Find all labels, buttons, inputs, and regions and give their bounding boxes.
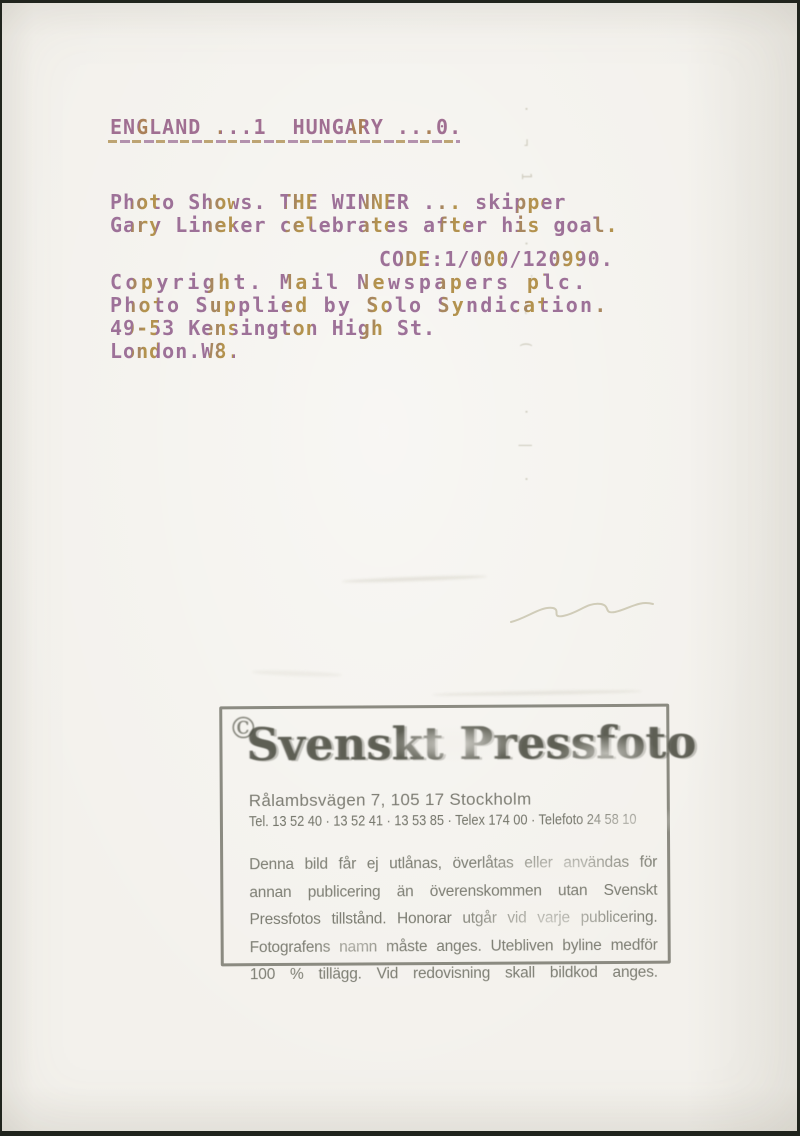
- terms-line-1: Denna bild får ej utlånas, överlåtas ell…: [249, 849, 657, 879]
- agency-address: Rålambsvägen 7, 105 17 Stockholm: [249, 789, 532, 811]
- photo-back-paper: ENGLAND ...1 HUNGARY ...0. Photo Shows. …: [2, 3, 797, 1131]
- paper-smudge-1: [342, 574, 487, 583]
- paper-smudge-2: [432, 689, 642, 697]
- photo-code: CODE:1/000/120990.: [379, 248, 614, 270]
- bleed-through-marking: · ¬ 1 · ¨ ~ ( · | ·: [518, 105, 533, 450]
- terms-line-4: Fotografens namn måste anges. Utebliven …: [250, 931, 658, 961]
- pencil-squiggle-path: [511, 603, 653, 622]
- caption-line-2: Gary Lineker celebrates after his goal.: [110, 214, 619, 236]
- caption-line-1: Photo Shows. THE WINNER ... skipper: [110, 191, 566, 213]
- scan-background: ENGLAND ...1 HUNGARY ...0. Photo Shows. …: [0, 0, 800, 1136]
- match-result-headline: ENGLAND ...1 HUNGARY ...0.: [110, 116, 462, 138]
- supplier-line: Photo Supplied by Solo Syndication.: [110, 294, 608, 316]
- agency-phone-line: Tel. 13 52 40 · 13 52 41 · 13 53 85 · Te…: [249, 812, 637, 830]
- terms-line-3: Pressfotos tillstånd. Honorar utgår vid …: [249, 904, 657, 934]
- agency-name: Svenskt Pressfoto: [246, 713, 670, 776]
- terms-line-2: annan publicering än överenskommen utan …: [249, 876, 657, 906]
- street-address-line: 49-53 Kensington High St.: [110, 317, 436, 339]
- city-line: London.W8.: [110, 340, 240, 362]
- paper-smudge-3: [252, 669, 342, 677]
- terms-line-5: 100 % tillägg. Vid redovisning skall bil…: [250, 959, 658, 989]
- agency-stamp: © Svenskt Pressfoto Rålambsvägen 7, 105 …: [219, 704, 671, 967]
- pencil-squiggle: [507, 588, 667, 638]
- headline-underline: [108, 140, 460, 143]
- usage-terms: Denna bild får ej utlånas, överlåtas ell…: [249, 849, 658, 989]
- copyright-line: Copyright. Mail Newspapers plc.: [110, 271, 589, 293]
